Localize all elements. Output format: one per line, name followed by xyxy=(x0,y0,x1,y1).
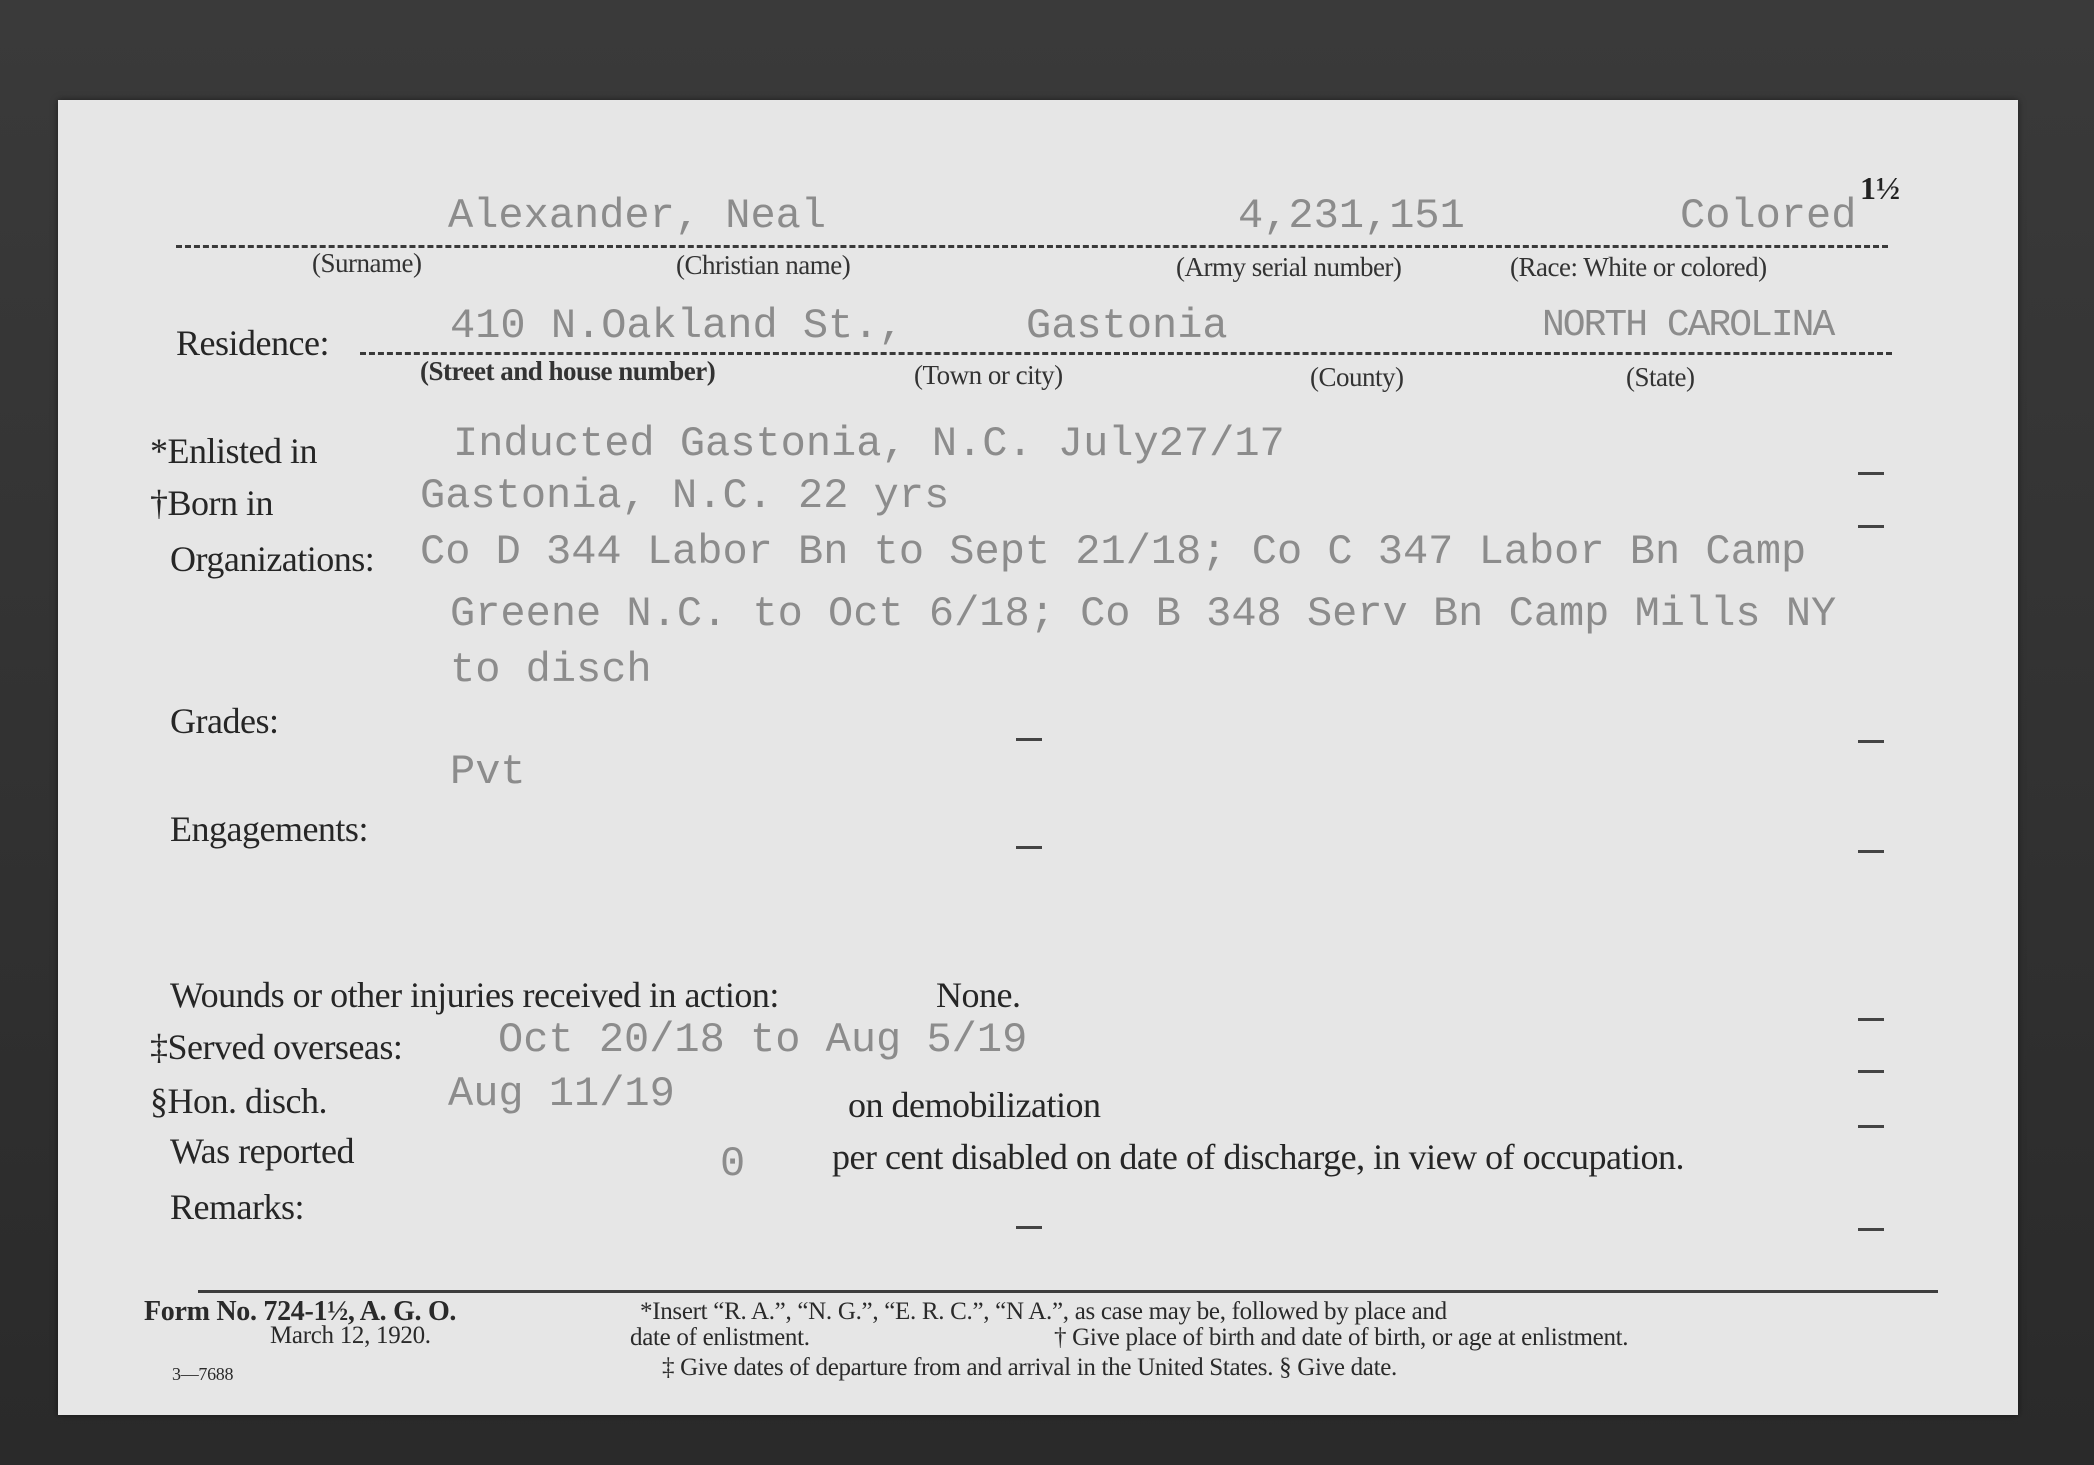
footnote-enlistment: date of enlistment. xyxy=(630,1324,810,1352)
discharge-value: Aug 11/19 xyxy=(448,1070,675,1118)
overseas-label: ‡Served overseas: xyxy=(150,1026,402,1068)
organizations-label: Organizations: xyxy=(170,538,374,580)
name-value: Alexander, Neal xyxy=(448,192,826,240)
grades-value: Pvt xyxy=(450,748,526,796)
margin-tick xyxy=(1858,1070,1884,1073)
form-fraction: 1½ xyxy=(1860,170,1900,207)
street-caption: (Street and house number) xyxy=(420,356,715,387)
remarks-label: Remarks: xyxy=(170,1186,304,1228)
christian-name-caption: (Christian name) xyxy=(676,250,850,281)
margin-tick xyxy=(1858,850,1884,853)
footnote-birth: † Give place of birth and date of birth,… xyxy=(1054,1324,1628,1352)
overseas-value: Oct 20/18 to Aug 5/19 xyxy=(498,1016,1027,1064)
margin-tick xyxy=(1016,846,1042,849)
margin-tick xyxy=(1858,1018,1884,1021)
enlisted-label: *Enlisted in xyxy=(150,430,317,472)
disability-value: 0 xyxy=(720,1140,745,1188)
residence-label: Residence: xyxy=(176,322,329,364)
county-caption: (County) xyxy=(1310,362,1404,393)
margin-tick xyxy=(1858,472,1884,475)
residence-town: Gastonia xyxy=(1026,302,1228,350)
margin-tick xyxy=(1858,525,1884,528)
margin-tick xyxy=(1858,1125,1884,1128)
surname-caption: (Surname) xyxy=(312,248,421,279)
disability-label: Was reported xyxy=(170,1130,354,1172)
race-caption: (Race: White or colored) xyxy=(1510,252,1767,283)
residence-line xyxy=(360,352,1892,355)
residence-state: NORTH CAROLINA xyxy=(1542,304,1833,347)
race-value: Colored xyxy=(1680,192,1856,240)
footer-rule xyxy=(198,1290,1938,1293)
discharge-label: §Hon. disch. xyxy=(150,1080,327,1122)
margin-tick xyxy=(1858,740,1884,743)
enlisted-value: Inducted Gastonia, N.C. July27/17 xyxy=(453,420,1285,468)
wounds-label: Wounds or other injuries received in act… xyxy=(170,974,779,1016)
margin-tick xyxy=(1858,1228,1884,1231)
born-label: †Born in xyxy=(150,482,273,524)
wounds-value: None. xyxy=(936,974,1020,1016)
organizations-line-1: Co D 344 Labor Bn to Sept 21/18; Co C 34… xyxy=(420,528,1806,576)
discharge-suffix: on demobilization xyxy=(848,1084,1100,1126)
print-code: 3—7688 xyxy=(172,1364,233,1385)
state-caption: (State) xyxy=(1626,362,1694,393)
born-value: Gastonia, N.C. 22 yrs xyxy=(420,472,949,520)
footnote-dates: ‡ Give dates of departure from and arriv… xyxy=(662,1354,1397,1382)
town-caption: (Town or city) xyxy=(914,360,1063,391)
residence-street: 410 N.Oakland St., xyxy=(450,302,904,350)
serial-value: 4,231,151 xyxy=(1238,192,1465,240)
form-date: March 12, 1920. xyxy=(270,1322,431,1350)
organizations-line-3: to disch xyxy=(450,646,652,694)
footnote-insert: *Insert “R. A.”, “N. G.”, “E. R. C.”, “N… xyxy=(640,1298,1447,1326)
margin-tick xyxy=(1016,738,1042,741)
serial-caption: (Army serial number) xyxy=(1176,252,1401,283)
service-record-card: 1½ Alexander, Neal 4,231,151 Colored (Su… xyxy=(58,100,2018,1415)
organizations-line-2: Greene N.C. to Oct 6/18; Co B 348 Serv B… xyxy=(450,590,1836,638)
name-line xyxy=(176,245,1888,248)
engagements-label: Engagements: xyxy=(170,808,368,850)
grades-label: Grades: xyxy=(170,700,278,742)
margin-tick xyxy=(1016,1226,1042,1229)
disability-suffix: per cent disabled on date of discharge, … xyxy=(832,1136,1684,1178)
